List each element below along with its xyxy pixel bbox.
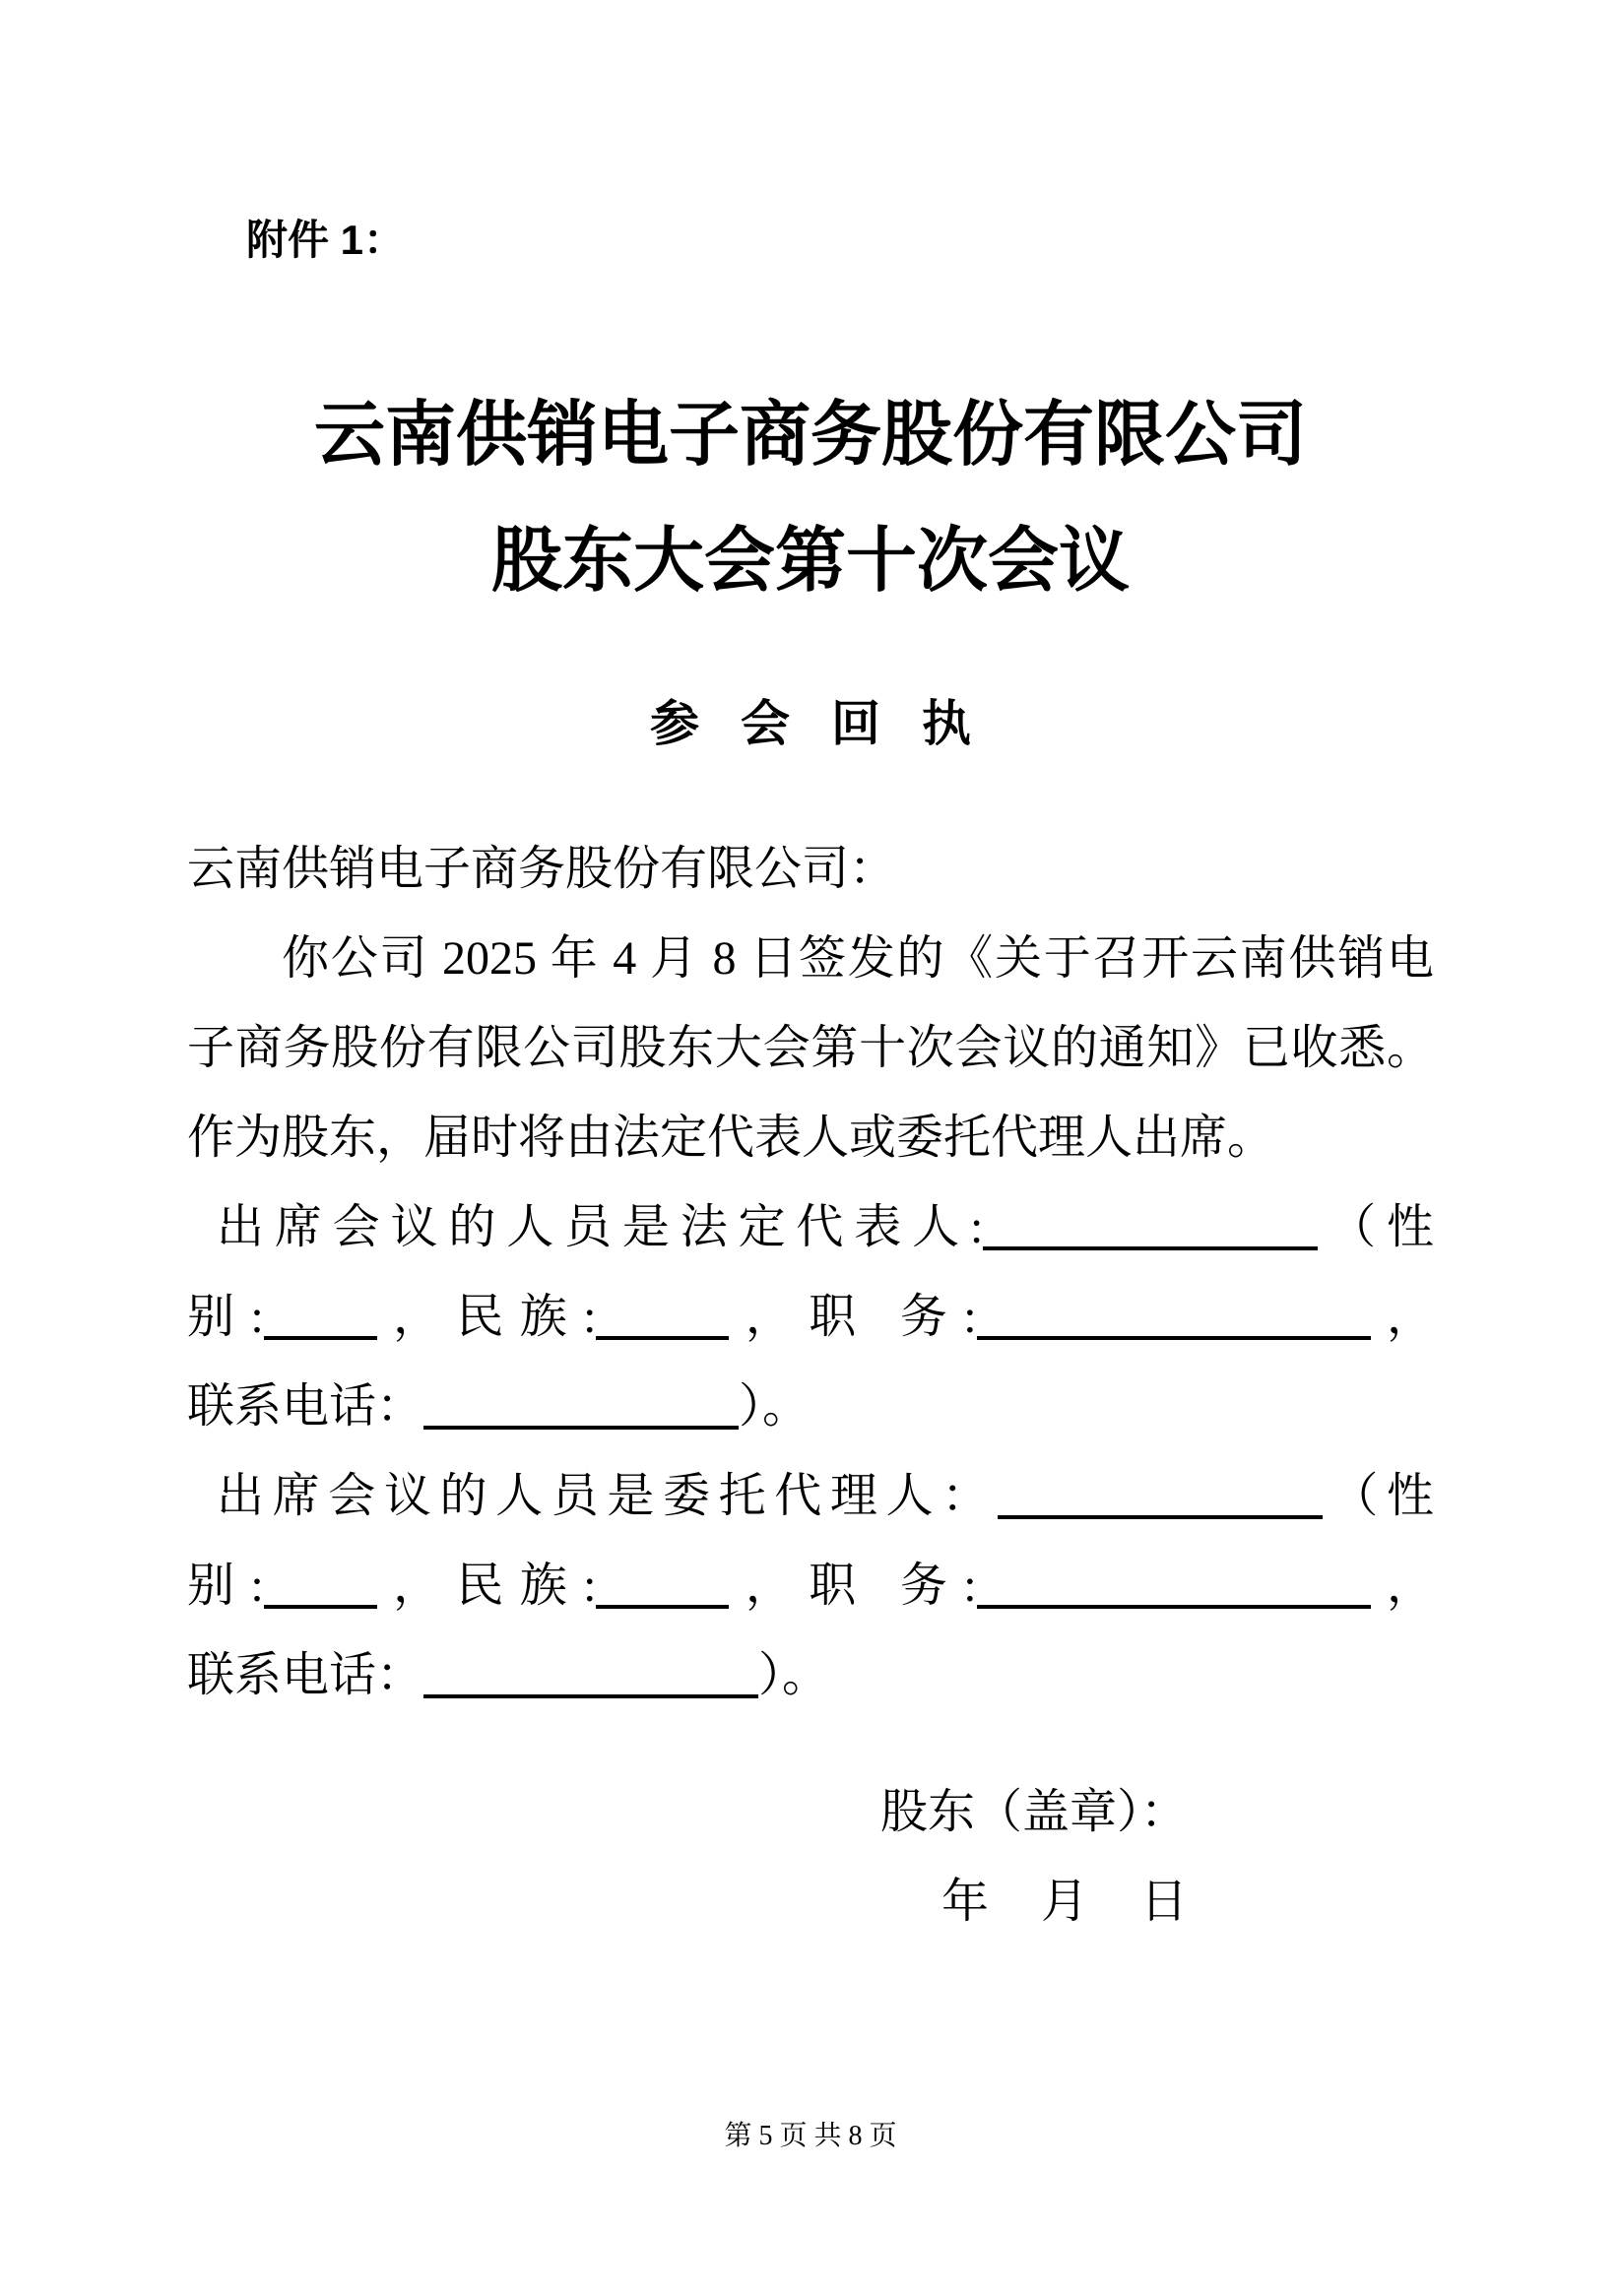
paren-close: ）。 [739, 1380, 810, 1433]
blank-proxy-position [977, 1565, 1371, 1609]
paren-open-gender: （性 [1318, 1201, 1434, 1253]
notice-line-1: 你公司 2025 年 4 月 8 日签发的《关于召开云南供销电 [187, 914, 1434, 1003]
proxy-line-1: 出席会议的人员是委托代理人：（性 [187, 1451, 1434, 1541]
date-line: 年月日 [187, 1857, 1434, 1946]
meeting-title: 股东大会第十次会议 [187, 512, 1434, 610]
notice-line-3: 作为股东，届时将由法定代表人或委托代理人出席。 [187, 1093, 1434, 1182]
field-label-position: ，职 务: [729, 1291, 976, 1343]
salutation-line: 云南供销电子商务股份有限公司： [187, 824, 1434, 914]
field-label-gender: 别: [187, 1560, 264, 1612]
field-label-gender: 别: [187, 1291, 264, 1343]
day-label: 日 [1140, 1857, 1188, 1946]
date-fields: 年月日 [941, 1857, 1188, 1946]
paren-close: ）。 [758, 1649, 829, 1701]
proxy-line-3: 联系电话：）。 [187, 1630, 1434, 1720]
legal-rep-line-3: 联系电话：）。 [187, 1362, 1434, 1451]
month-label: 月 [1041, 1857, 1088, 1946]
form-title: 参会回执 [187, 677, 1434, 771]
blank-gender [264, 1297, 377, 1340]
document-page: 附件 1： 云南供销电子商务股份有限公司 股东大会第十次会议 参会回执 云南供销… [0, 0, 1621, 2296]
comma: ， [1371, 1291, 1434, 1343]
field-label-legal-rep: 出席会议的人员是法定代表人: [217, 1201, 983, 1253]
field-label-proxy: 出席会议的人员是委托代理人： [217, 1470, 998, 1522]
blank-legal-rep-name [983, 1207, 1318, 1250]
page-footer: 第 5 页 共 8 页 [0, 2117, 1621, 2156]
paren-open-gender: （性 [1323, 1470, 1434, 1522]
legal-rep-line-2: 别:，民族:，职 务:， [187, 1272, 1434, 1362]
notice-line-2: 子商务股份有限公司股东大会第十次会议的通知》已收悉。 [187, 1003, 1434, 1093]
blank-ethnicity [596, 1297, 729, 1340]
blank-proxy-ethnicity [596, 1565, 729, 1609]
field-label-phone: 联系电话： [187, 1380, 423, 1433]
seal-line: 股东（盖章）： [187, 1767, 1434, 1857]
field-label-phone: 联系电话： [187, 1649, 423, 1701]
blank-proxy-gender [264, 1565, 377, 1609]
field-label-ethnicity: ，民族: [377, 1291, 597, 1343]
comma: ， [1371, 1560, 1434, 1612]
blank-position [977, 1297, 1371, 1340]
document-body: 云南供销电子商务股份有限公司： 你公司 2025 年 4 月 8 日签发的《关于… [187, 824, 1434, 1946]
signature-block: 股东（盖章）： 年月日 [187, 1767, 1434, 1946]
field-label-ethnicity: ，民族: [377, 1560, 597, 1612]
field-label-position: ，职 务: [729, 1560, 976, 1612]
year-label: 年 [941, 1857, 989, 1946]
blank-proxy-name [998, 1476, 1323, 1519]
legal-rep-line-1: 出席会议的人员是法定代表人:（性 [187, 1182, 1434, 1272]
blank-proxy-phone [423, 1655, 758, 1698]
blank-phone [423, 1386, 739, 1430]
attachment-label: 附件 1： [246, 211, 405, 270]
company-title: 云南供销电子商务股份有限公司 [187, 386, 1434, 484]
proxy-line-2: 别:，民族:，职 务:， [187, 1541, 1434, 1630]
